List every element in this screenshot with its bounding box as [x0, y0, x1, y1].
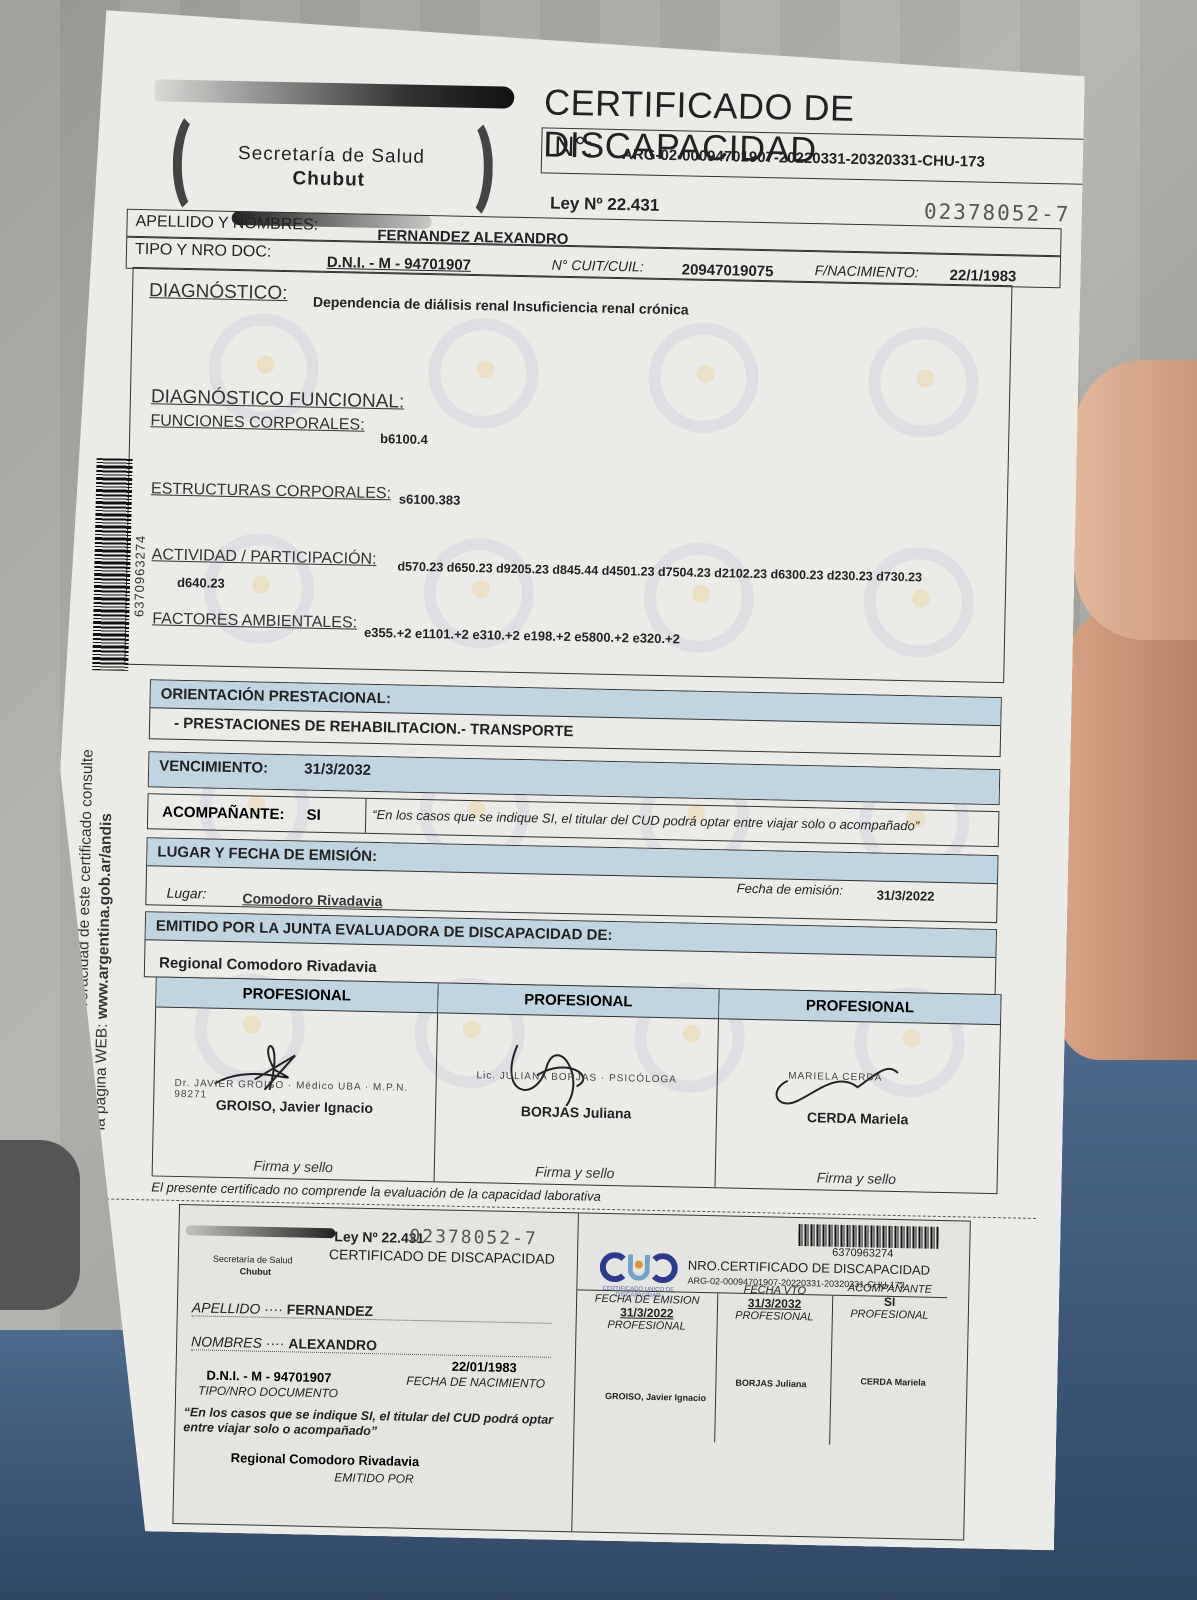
professional-name: BORJAS Juliana [436, 1101, 717, 1123]
stub-cert-label: NRO.CERTIFICADO DE DISCAPACIDAD [688, 1258, 930, 1278]
issue-date-value: 31/3/2022 [877, 888, 935, 904]
expiry-value: 31/3/2032 [304, 761, 371, 779]
stub-surname-label: APELLIDO [192, 1299, 261, 1316]
stub-professional-label: PROFESIONAL [850, 1308, 928, 1322]
body-structures-label: ESTRUCTURAS CORPORALES: [151, 480, 391, 503]
stub-surname-value: FERNANDEZ [287, 1301, 374, 1319]
stub-companion-value: SI [832, 1294, 947, 1310]
professionals-table: PROFESIONAL Dr. JAVIER GROISO · Médico U… [152, 976, 1002, 1194]
professional-header: PROFESIONAL [156, 977, 437, 1013]
issue-section: LUGAR Y FECHA DE EMISIÓN: Lugar: Comodor… [145, 837, 998, 923]
verification-url[interactable]: www.argentina.gob.ar/andis [94, 813, 115, 1019]
stub-issue-label: FECHA DE EMISION [595, 1293, 700, 1307]
cuit-label: N° CUIT/CUIL: [552, 257, 644, 275]
environment-label: FACTORES AMBIENTALES: [152, 610, 357, 632]
issue-date-label: Fecha de emisión: [737, 881, 844, 898]
stub-grid: FECHA DE EMISION 31/3/2022 PROFESIONAL F… [574, 1289, 947, 1447]
stub-expiry-cell: FECHA VTO 31/3/2032 PROFESIONAL [717, 1283, 833, 1323]
brush-stroke-icon [154, 79, 514, 109]
birth-value: 22/1/1983 [949, 267, 1016, 285]
professional-header: PROFESIONAL [719, 989, 1000, 1025]
companion-note: “En los casos que se indique SI, el titu… [366, 799, 926, 845]
stub-prof-name: CERDA Mariela [860, 1376, 925, 1387]
diagnosis-label: DIAGNÓSTICO: [149, 280, 288, 305]
stub-companion-note: “En los casos que se indique SI, el titu… [183, 1405, 569, 1443]
stub-doc-value: D.N.I. - M - 94701907 [206, 1368, 331, 1386]
bracket-left-icon [172, 108, 224, 219]
body-functions-value: b6100.4 [380, 431, 428, 447]
number-label: N°: [554, 131, 594, 164]
name-label: APELLIDO Y NOMBRES: [135, 213, 318, 235]
cud-logo-icon [599, 1252, 680, 1286]
law-reference: Ley Nº 22.431 [550, 194, 660, 216]
org-name: Secretaría de Salud [238, 143, 425, 169]
signature-caption: Firma y sello [153, 1155, 434, 1177]
stub-issue-value: 31/3/2022 [577, 1304, 717, 1321]
certificate-number: ARG-02-00094701907-20220331-20320331-CHU… [622, 146, 985, 171]
professional-column: PROFESIONAL Dr. JAVIER GROISO · Médico U… [153, 977, 439, 1181]
cud-logo-c-icon [599, 1252, 630, 1283]
stub-barcode-number: 6370963274 [832, 1247, 893, 1260]
stub-professional-label: PROFESIONAL [735, 1310, 813, 1324]
diagnosis-value: Dependencia de diálisis renal Insuficien… [313, 294, 689, 318]
stub-companion-cell: ACOMPAÑANTE SI PROFESIONAL [832, 1282, 948, 1322]
secretaria-salud-logo: Secretaría de Salud Chubut [152, 69, 495, 226]
doc-label: TIPO Y NRO DOC: [135, 241, 272, 262]
signature-caption: Firma y sello [716, 1167, 997, 1189]
stub-companion-label: ACOMPAÑANTE [848, 1282, 932, 1296]
barcode-number: 6370963274 [131, 535, 148, 618]
stub-org-name: Secretaría de Salud [213, 1254, 293, 1266]
stub-names-label: NOMBRES [191, 1333, 262, 1350]
hand-palm [1060, 600, 1197, 1060]
stub-names-value: ALEXANDRO [288, 1335, 377, 1353]
birth-label: F/NACIMIENTO: [815, 262, 919, 280]
professional-name: CERDA Mariela [717, 1107, 998, 1129]
bracket-right-icon [442, 113, 494, 224]
barcode-icon [92, 458, 132, 671]
professional-column: PROFESIONAL Lic. JULIANA BORJAS · PSICÓL… [434, 983, 720, 1187]
cud-logo-d-icon [647, 1253, 678, 1284]
stub-org-province: Chubut [240, 1266, 272, 1277]
body-structures-value: s6100.383 [399, 491, 461, 507]
stub-prof-name: BORJAS Juliana [735, 1378, 806, 1389]
shoe [0, 1140, 80, 1310]
environment-value: e355.+2 e1101.+2 e310.+2 e198.+2 e5800.+… [364, 625, 680, 647]
stub-issue-cell: FECHA DE EMISION 31/3/2022 PROFESIONAL [576, 1292, 717, 1333]
signature-caption: Firma y sello [434, 1161, 715, 1183]
stub-serial: 02378052-7 [409, 1226, 538, 1250]
place-label: Lugar: [166, 885, 206, 902]
org-province: Chubut [292, 168, 365, 192]
professional-stamp: MARIELA CERDA [788, 1071, 882, 1084]
professional-header: PROFESIONAL [438, 983, 719, 1019]
orientation-section: ORIENTACIÓN PRESTACIONAL: - PRESTACIONES… [149, 679, 1002, 757]
stub-surname-field: APELLIDO ···· FERNANDEZ [192, 1299, 552, 1324]
stub-logo: Secretaría de Salud Chubut [184, 1225, 345, 1298]
activity-value: d570.23 d650.23 d9205.23 d845.44 d4501.2… [397, 559, 922, 584]
certificate-stub: Secretaría de Salud Chubut Ley Nº 22.431… [172, 1204, 971, 1541]
activity-value-continued: d640.23 [177, 575, 225, 591]
stub-doc-label: TIPO/NRO DOCUMENTO [198, 1383, 338, 1400]
stub-names-field: NOMBRES ···· ALEXANDRO [191, 1333, 551, 1358]
stub-prof-name: GROISO, Javier Ignacio [605, 1391, 706, 1403]
body-functions-label: FUNCIONES CORPORALES: [150, 412, 365, 434]
hand-thumb [1075, 360, 1197, 640]
stub-title: CERTIFICADO DE DISCAPACIDAD [329, 1246, 555, 1267]
functional-diagnosis-label: DIAGNÓSTICO FUNCIONAL: [151, 386, 405, 413]
companion-label: ACOMPAÑANTE: [162, 804, 285, 824]
activity-label: ACTIVIDAD / PARTICIPACIÓN: [151, 546, 376, 569]
brush-stroke-icon [185, 1225, 335, 1238]
stub-expiry-value: 31/3/2032 [717, 1295, 832, 1311]
stub-professional-label: PROFESIONAL [607, 1319, 685, 1333]
disability-certificate-sheet: Secretaría de Salud Chubut CERTIFICADO D… [44, 10, 1086, 1551]
companion-value: SI [306, 807, 321, 824]
serial-number: 02378052-7 [924, 199, 1071, 226]
diagnosis-box: DIAGNÓSTICO: Dependencia de diálisis ren… [124, 267, 1012, 683]
stub-issuer-value: Regional Comodoro Rivadavia [231, 1450, 420, 1469]
stub-barcode-icon [798, 1224, 938, 1249]
companion-cell: ACOMPAÑANTE: SI [148, 794, 367, 833]
expiry-label: VENCIMIENTO: [159, 758, 268, 777]
stub-birth-value: 22/01/1983 [452, 1359, 517, 1375]
place-value: Comodoro Rivadavia [242, 890, 382, 909]
stub-birth-label: FECHA DE NACIMIENTO [406, 1374, 545, 1391]
professional-column: PROFESIONAL MARIELA CERDA CERDA Mariela … [716, 989, 1001, 1193]
stub-right-panel: CERTIFICADO UNICO DE DISCAPACIDAD 637096… [571, 1213, 948, 1539]
stub-issuer-label: EMITIDO POR [334, 1470, 414, 1486]
cuit-value: 20947019075 [682, 261, 774, 280]
